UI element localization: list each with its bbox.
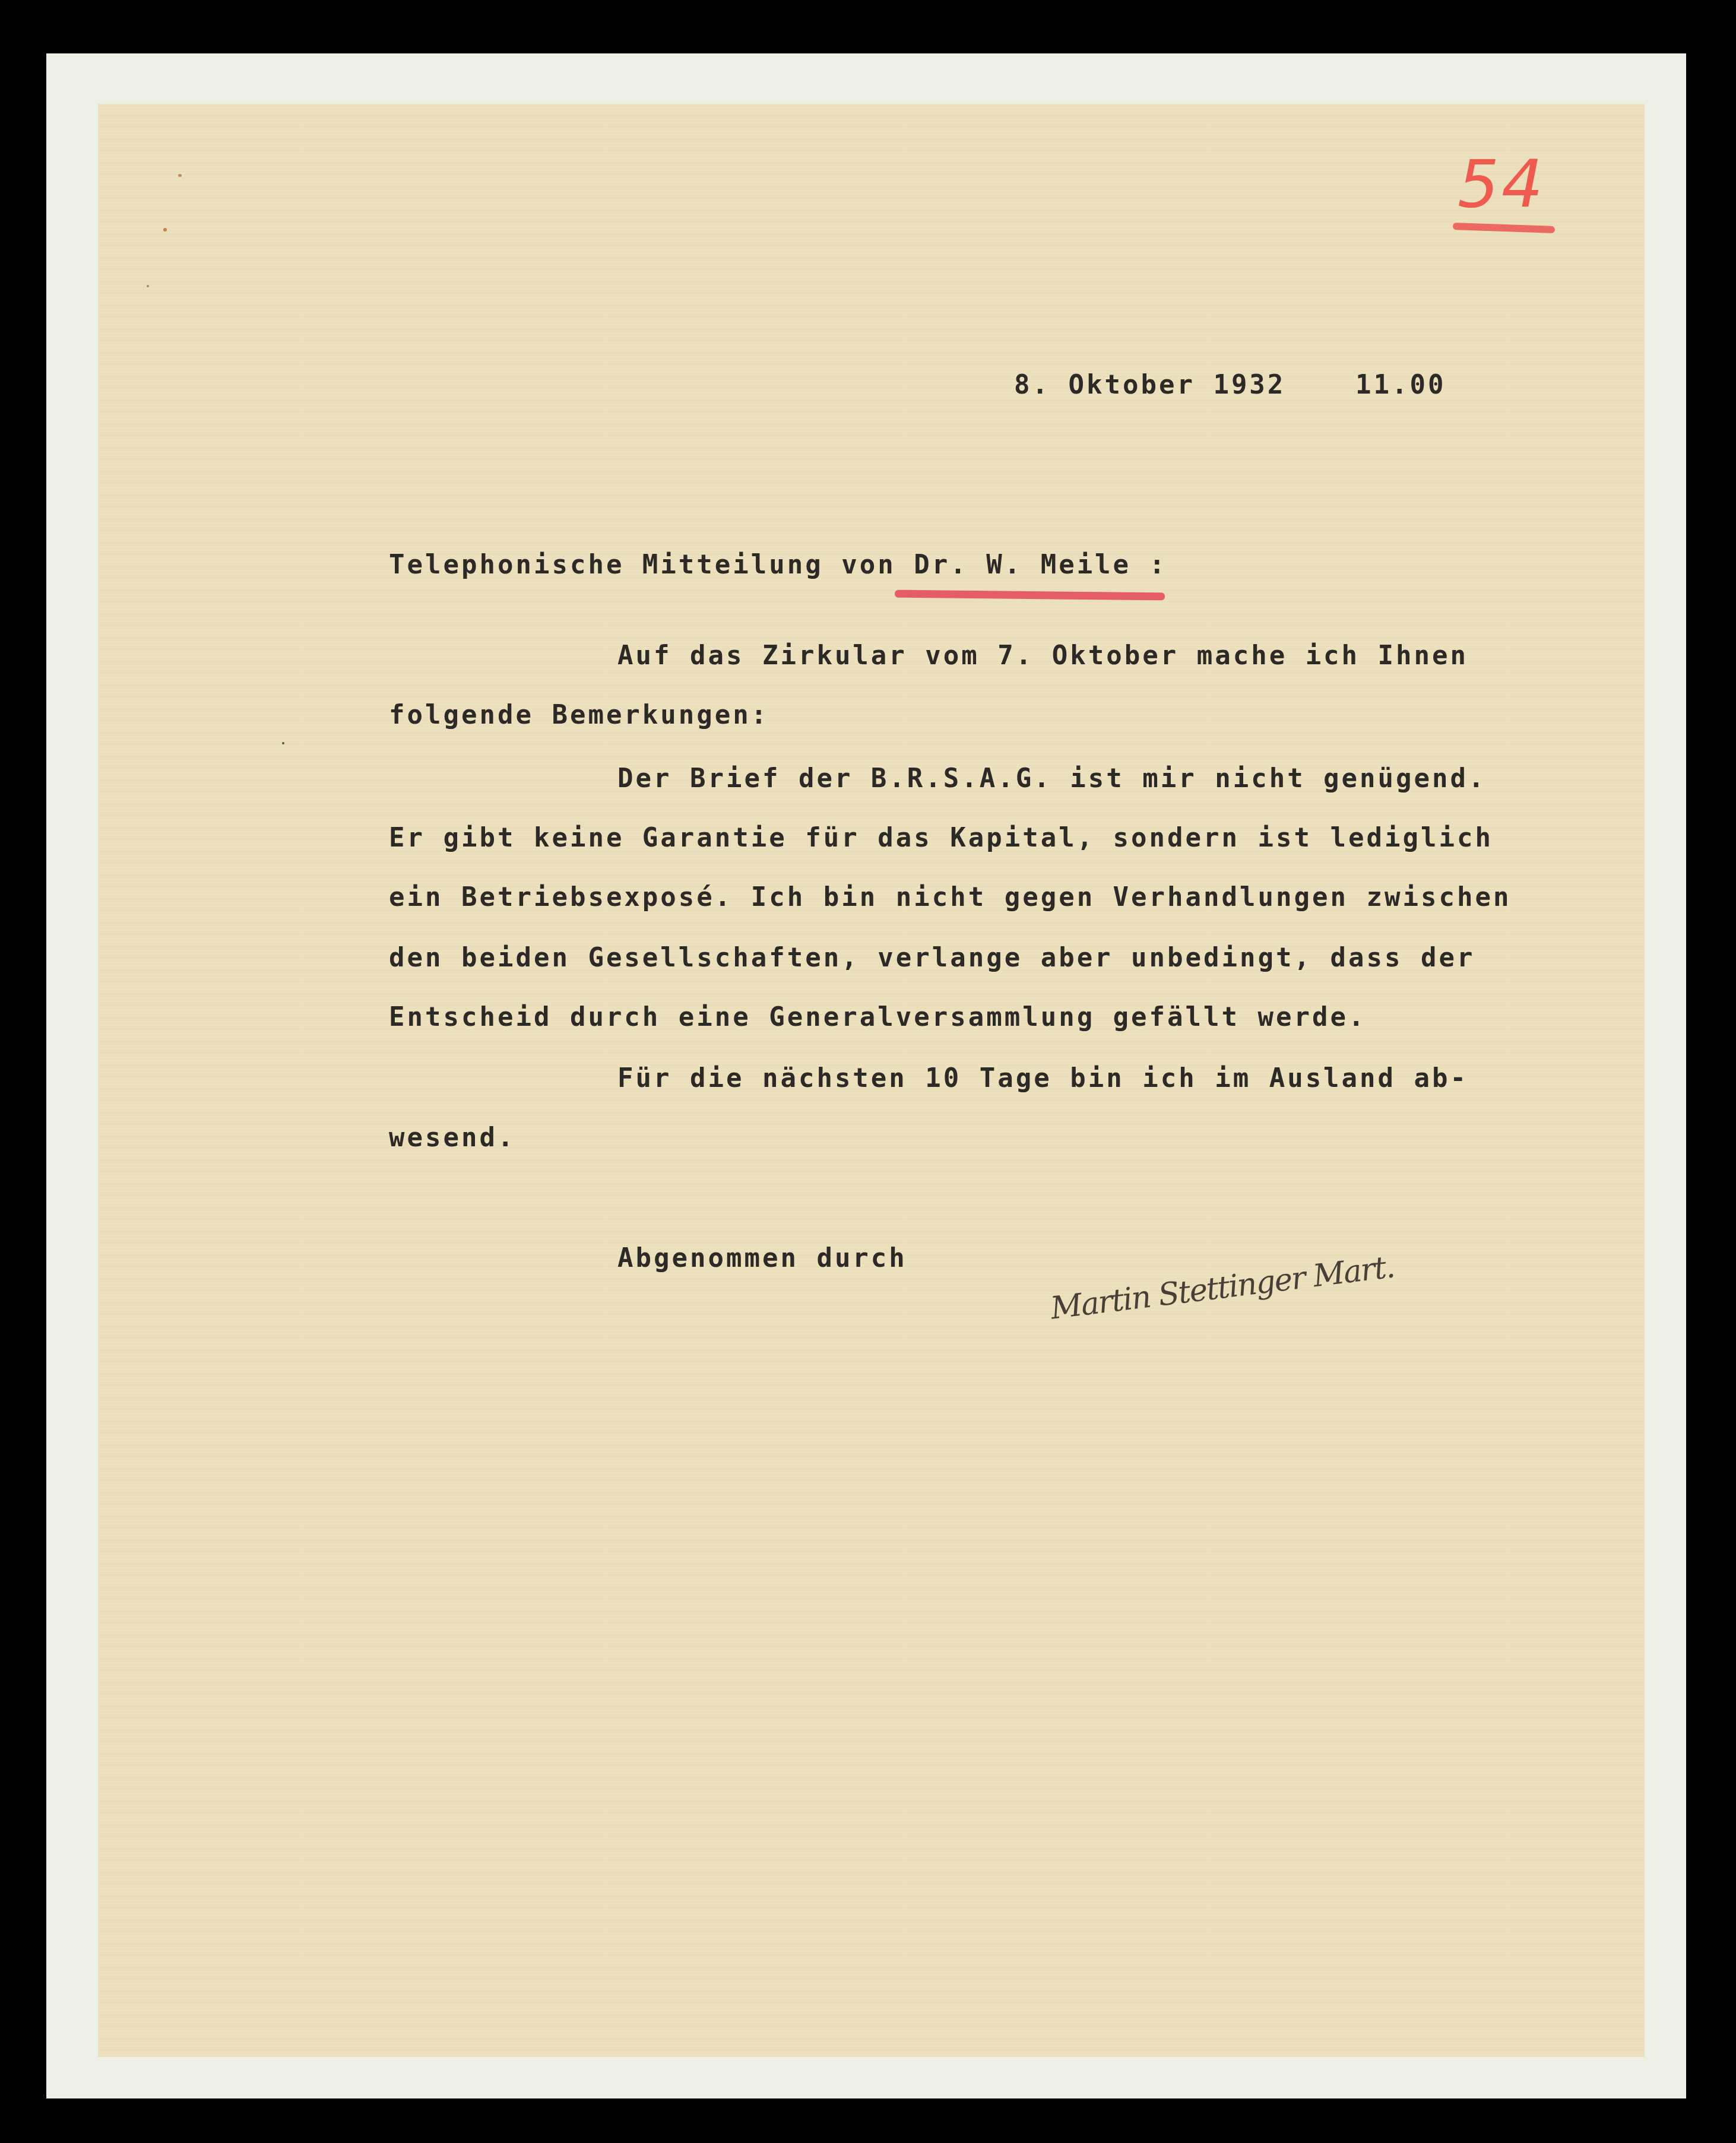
paragraph-3-line-2: wesend. xyxy=(389,1125,515,1151)
paragraph-2-line-1: Der Brief der B.R.S.A.G. ist mir nicht g… xyxy=(617,766,1487,792)
paper-stain xyxy=(147,285,149,287)
caller-name: Dr. W. Meile : xyxy=(914,550,1167,580)
paragraph-3-line-1: Für die nächsten 10 Tage bin ich im Ausl… xyxy=(617,1066,1468,1092)
paragraph-2-line-4: den beiden Gesellschaften, verlange aber… xyxy=(389,945,1475,971)
paragraph-1-line-1: Auf das Zirkular vom 7. Oktober mache ic… xyxy=(617,643,1468,669)
heading: Telephonische Mitteilung von Dr. W. Meil… xyxy=(389,552,1167,578)
heading-prefix: Telephonische Mitteilung von xyxy=(389,550,914,580)
paragraph-1-line-2: folgende Bemerkungen: xyxy=(389,702,769,728)
page-number: 54 xyxy=(1458,151,1545,217)
time: 11.00 xyxy=(1355,372,1446,398)
paragraph-2-line-5: Entscheid durch eine Generalversammlung … xyxy=(389,1004,1366,1031)
paper-stain xyxy=(282,742,284,744)
paper-stain xyxy=(163,228,167,232)
paragraph-2-line-3: ein Betriebsexposé. Ich bin nicht gegen … xyxy=(389,885,1511,911)
closing-text: Abgenommen durch xyxy=(617,1245,907,1272)
date: 8. Oktober 1932 xyxy=(1014,372,1285,398)
paper-stain xyxy=(178,174,182,177)
paragraph-2-line-2: Er gibt keine Garantie für das Kapital, … xyxy=(389,825,1493,851)
